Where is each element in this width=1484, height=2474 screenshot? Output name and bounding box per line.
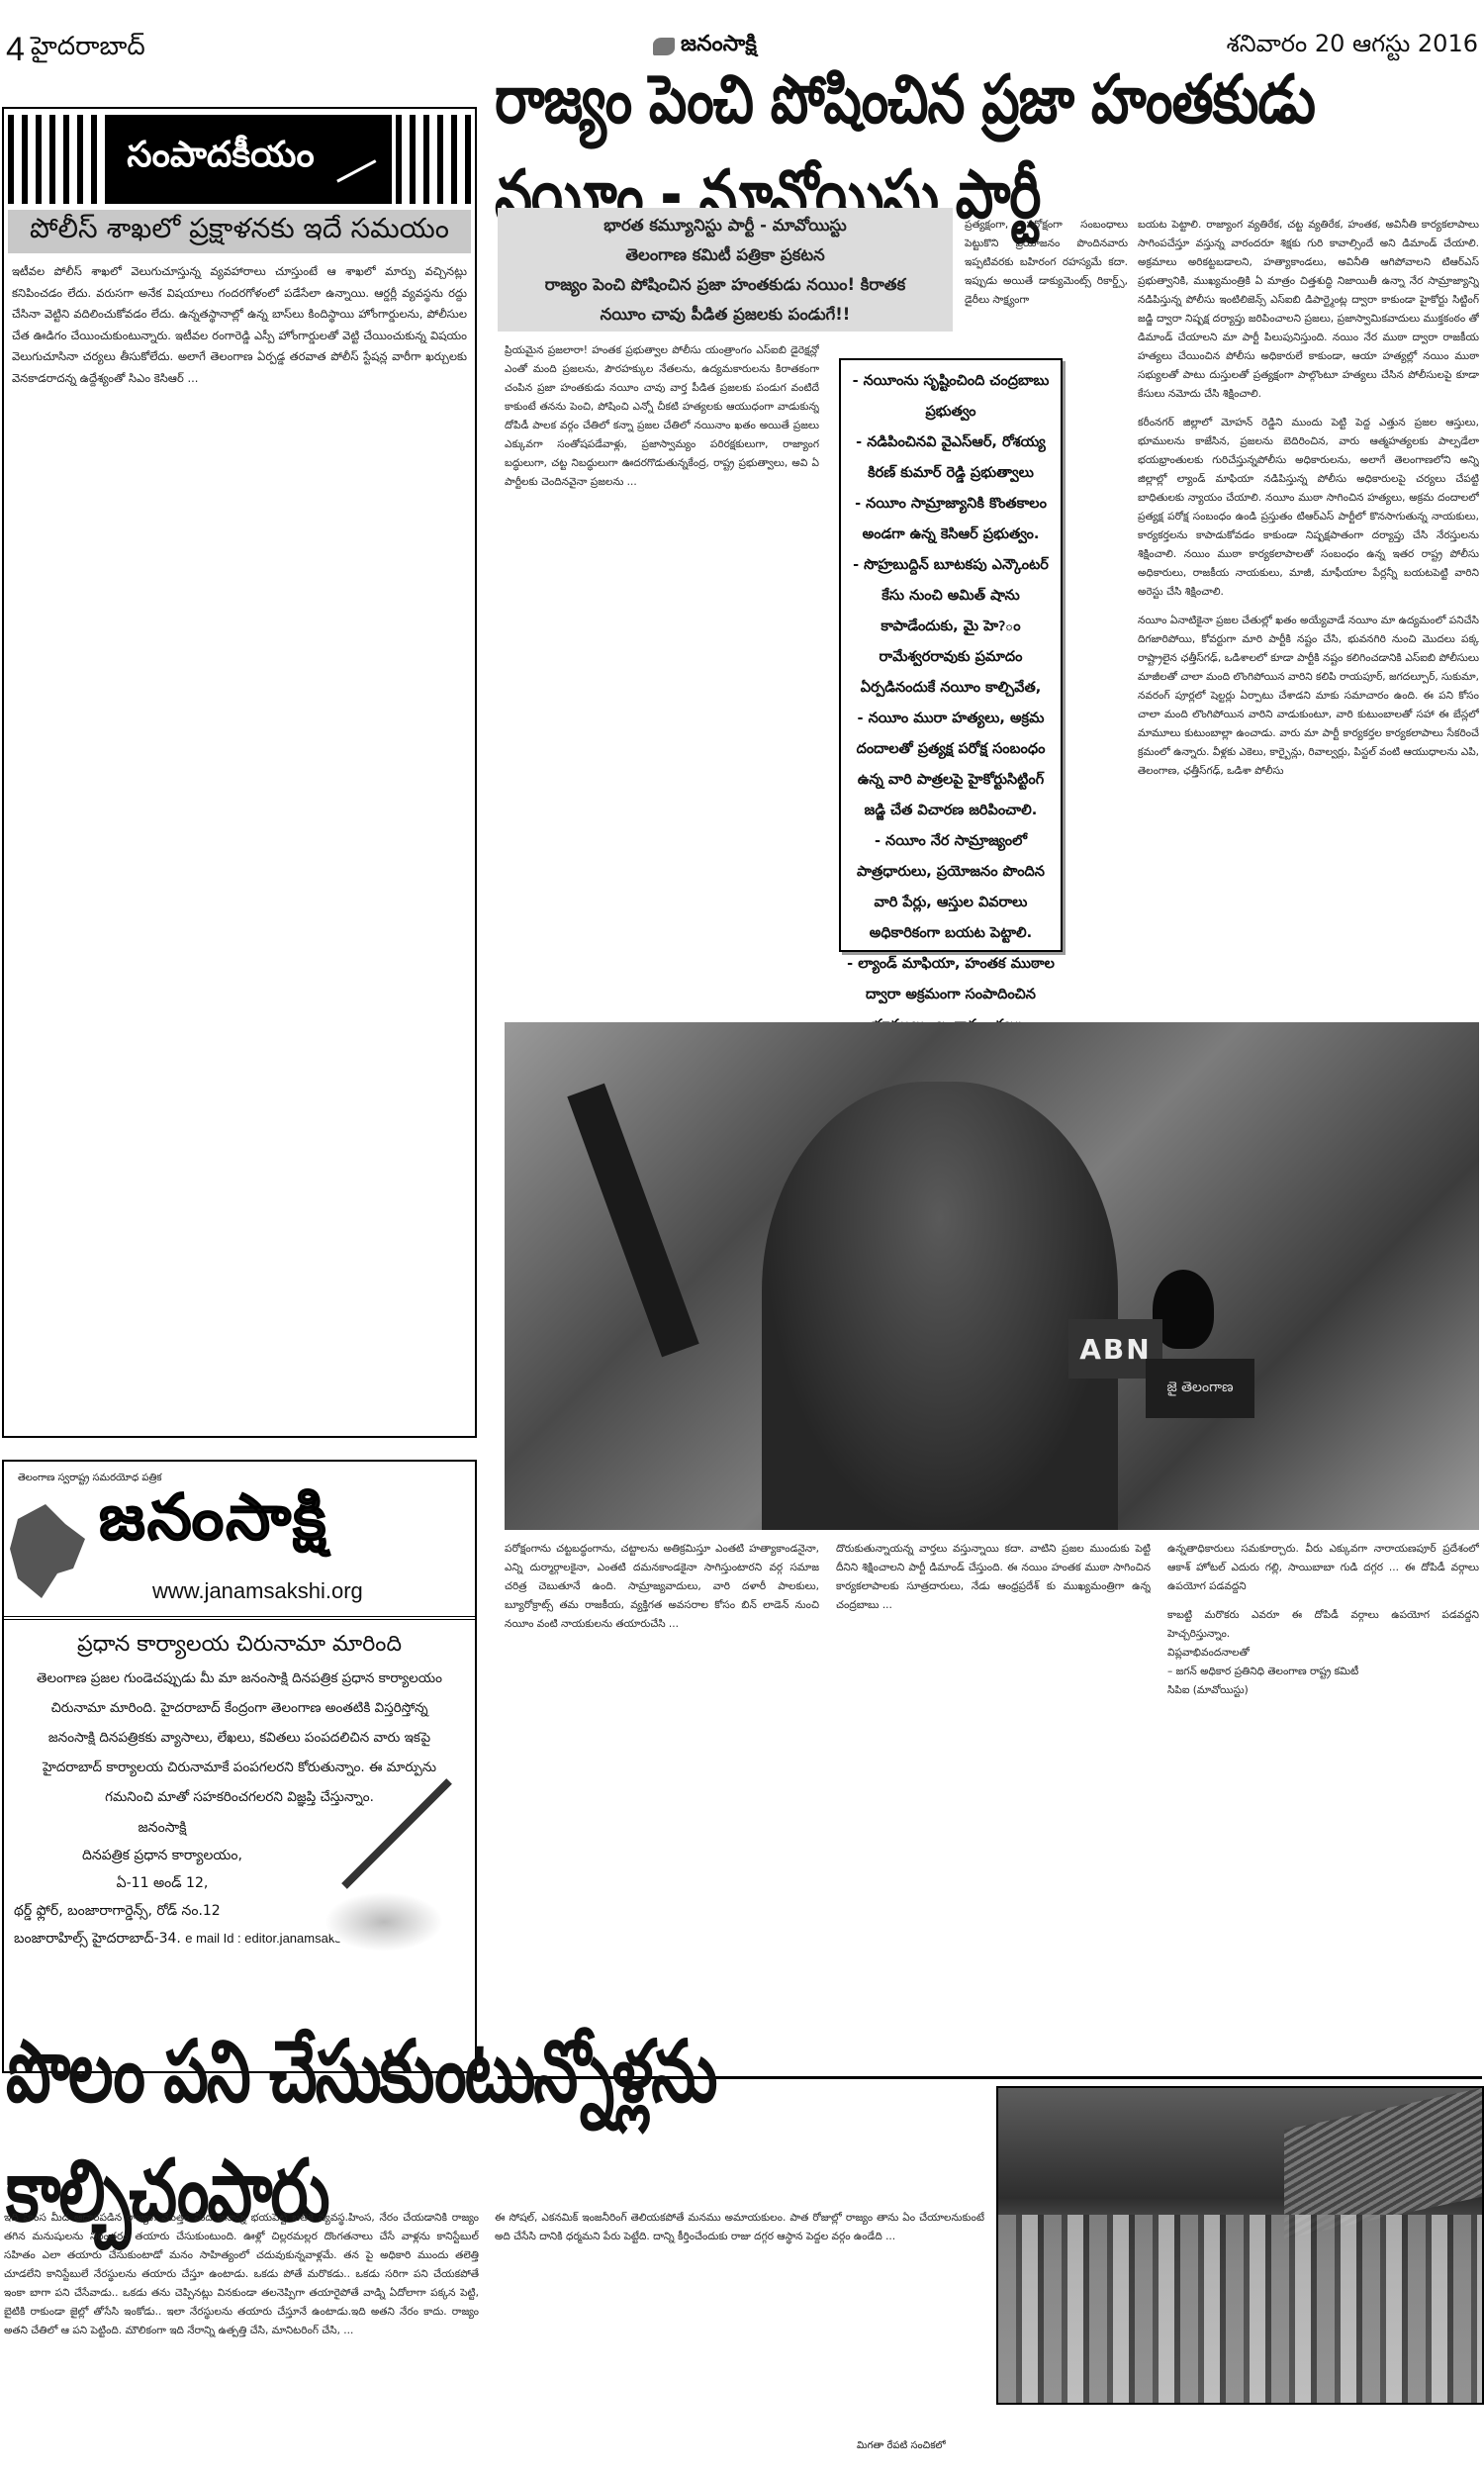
lead-col1: ప్రియమైన ప్రజలారా! హంతక ప్రభుత్వాల పోలీస… — [505, 341, 819, 1014]
paragraph: నయీం ఏనాటికైనా ప్రజల చేతుల్లో ఖతం అయ్యేవ… — [1138, 612, 1479, 781]
paper-logo-icon — [653, 38, 675, 55]
mic-label-telangana: జై తెలంగాణ — [1146, 1359, 1254, 1418]
editorial-banner: సంపాదకీయం — [8, 115, 471, 204]
edition-label: హైదరాబాద్ — [31, 32, 145, 67]
issue-date: శనివారం 20 ఆగస్టు 2016 — [1227, 30, 1478, 63]
paragraph: ఉన్నతాధికారులు సమకూర్చారు. వీరు ఎక్కువగా… — [1167, 1540, 1479, 1596]
lead-photo: ABN జై తెలంగాణ — [505, 1022, 1479, 1530]
advert-url[interactable]: www.janamsakshi.org — [152, 1578, 363, 1604]
closing-line: విప్లవాభివందనాలతో — [1167, 1644, 1479, 1663]
closing-line: – జగన్ అధికార ప్రతినిధి తెలంగాణ రాష్ట్ర … — [1167, 1663, 1479, 1681]
address-line: ఏ-11 అండ్ 12, — [14, 1869, 311, 1897]
closing-line: కాబట్టి మరొకరు ఎవరూ ఈ దోపిడీ వర్గాలు ఉపయ… — [1167, 1606, 1479, 1644]
advert-masthead: తెలంగాణ స్వరాష్ట్ర సమరయోధ పత్రిక జనంసాక్… — [4, 1462, 475, 1620]
microphones: ABN జై తెలంగాణ — [1068, 1289, 1227, 1438]
highlight-item: - సొహ్రబుద్దిన్ బూటకపు ఎన్కౌంటర్ కేసు ను… — [847, 550, 1055, 704]
highlight-item: - నయీంను సృష్టించింది చంద్రబాబు ప్రభుత్వ… — [847, 366, 1055, 428]
lead-lower-col2: దొరుకుతున్నాయన్న వార్తలు వస్తున్నాయి కదా… — [836, 1540, 1151, 2069]
advert-line: గమనించి మాతో సహకరించగలరని విజ్ఞప్తి చేస్… — [12, 1782, 467, 1812]
paragraph: బయట పెట్టాలి. రాజ్యాంగ వ్యతిరేక, చట్ట వ్… — [1138, 216, 1479, 404]
highlight-item: - నయీం మురా హత్యలు, అక్రమ దందాలతో ప్రత్య… — [847, 704, 1055, 826]
page-number: 4 — [6, 31, 25, 69]
address-line: దినపత్రిక ప్రధాన కార్యాలయం, — [14, 1842, 311, 1869]
lead-col3: బయట పెట్టాలి. రాజ్యాంగ వ్యతిరేక, చట్ట వ్… — [1138, 216, 1479, 1007]
lead-deck: భారత కమ్యూనిస్టు పార్టీ - మావోయిస్టు తెల… — [498, 208, 953, 332]
deck-line: నయీం చావు పీడిత ప్రజలకు పండుగే!! — [498, 300, 953, 330]
masthead-small: జనంసాక్షి — [653, 32, 757, 61]
editorial-headline: పోలీస్ శాఖలో ప్రక్షాళనకు ఇదే సమయం — [8, 210, 471, 253]
highlights-box: - నయీంను సృష్టించింది చంద్రబాబు ప్రభుత్వ… — [839, 358, 1063, 952]
advert-logo: జనంసాక్షి — [99, 1481, 328, 1570]
paragraph: కరీంనగర్ జిల్లాలో మోహన్ రెడ్డిని ముందు ప… — [1138, 414, 1479, 602]
lead-headline: రాజ్యం పెంచి పోషించిన ప్రజా హంతకుడు నయీం… — [495, 100, 1479, 212]
deck-line: తెలంగాణ కమిటీ పత్రికా ప్రకటన — [498, 240, 953, 270]
rifle-shape — [567, 1084, 698, 1358]
lead-lower-col1: పరోక్షంగాను చట్టబద్ధంగాను, చట్టాలను అతిక… — [505, 1540, 819, 2069]
closing-line: సిపిఐ (మావోయిస్టు) — [1167, 1681, 1479, 1700]
second-col1: ఇది హింస మీద ఆధారపడిన రాజ్యం. మొత్తం మీద… — [4, 2209, 479, 2436]
address-city: బంజారాహిల్స్ హైదరాబాద్-34. — [14, 1931, 181, 1947]
telangana-map-icon — [10, 1499, 89, 1598]
address-line: జనంసాక్షి — [14, 1814, 311, 1842]
pen-hand-icon — [324, 136, 376, 182]
hand-writing-icon — [315, 1843, 463, 1961]
advert-headline: ప్రధాన కార్యాలయ చిరునామా మారింది — [4, 1632, 475, 1662]
advert-line: చిరునామా మారింది. హైదరాబాద్ కేంద్రంగా తె… — [12, 1693, 467, 1723]
advert-line: జనంసాక్షి దినపత్రికకు వ్యాసాలు, లేఖలు, క… — [12, 1723, 467, 1753]
deck-line: భారత కమ్యూనిస్టు పార్టీ - మావోయిస్టు — [498, 211, 953, 240]
advert-line: హైదరాబాద్ కార్యాలయ చిరునామాకే పంపగలరని క… — [12, 1753, 467, 1782]
editorial-column: సంపాదకీయం పోలీస్ శాఖలో ప్రక్షాళనకు ఇదే స… — [2, 107, 477, 1438]
page-folio: 4 హైదరాబాద్ — [6, 30, 145, 69]
second-photo — [996, 2086, 1484, 2405]
lead-col2-top: ప్రత్యక్షంగా, పరోక్షంగా సంబంధాలు పెట్టుక… — [965, 216, 1128, 334]
editorial-label: సంపాదకీయం — [127, 135, 314, 184]
office-address-advert: తెలంగాణ స్వరాష్ట్ర సమరయోధ పత్రిక జనంసాక్… — [2, 1460, 477, 2073]
second-headline: పొలం పని చేసుకుంటున్నోళ్లను కాల్చిచంపారు — [2, 2069, 1011, 2217]
highlight-item: - నయీం నేర సామ్రాజ్యంలో పాత్రధారులు, ప్ర… — [847, 826, 1055, 949]
lead-lower-col3: ఉన్నతాధికారులు సమకూర్చారు. వీరు ఎక్కువగా… — [1167, 1540, 1479, 2069]
editorial-body: ఇటీవల పోలీస్ శాఖలో వెలుగుచూస్తున్న వ్యవహ… — [12, 261, 467, 1419]
advert-line: తెలంగాణ ప్రజల గుండెచప్పుడు మీ మా జనంసాక్… — [12, 1664, 467, 1693]
person-silhouette — [762, 1082, 1118, 1530]
highlight-item: - నయీం సామ్రాజ్యానికి కొంతకాలం అండగా ఉన్… — [847, 489, 1055, 550]
second-col2: ఈ సోషల్, ఎకనమిక్ ఇంజనీరింగ్ తెలియకపోతే మ… — [495, 2209, 984, 2436]
paper-name: జనంసాక్షి — [681, 32, 757, 61]
deck-line: రాజ్యం పెంచి పోషించిన ప్రజా హంతకుడు నయిం… — [498, 270, 953, 300]
villagers-group-shape — [998, 2215, 1482, 2403]
highlight-item: - నడిపించినవి వైఎస్ఆర్, రోశయ్య కిరణ్ కుమ… — [847, 428, 1055, 489]
continued-note: మిగతా రేపటి సంచికలో — [857, 2439, 946, 2453]
advert-body: తెలంగాణ ప్రజల గుండెచప్పుడు మీ మా జనంసాక్… — [4, 1662, 475, 1814]
